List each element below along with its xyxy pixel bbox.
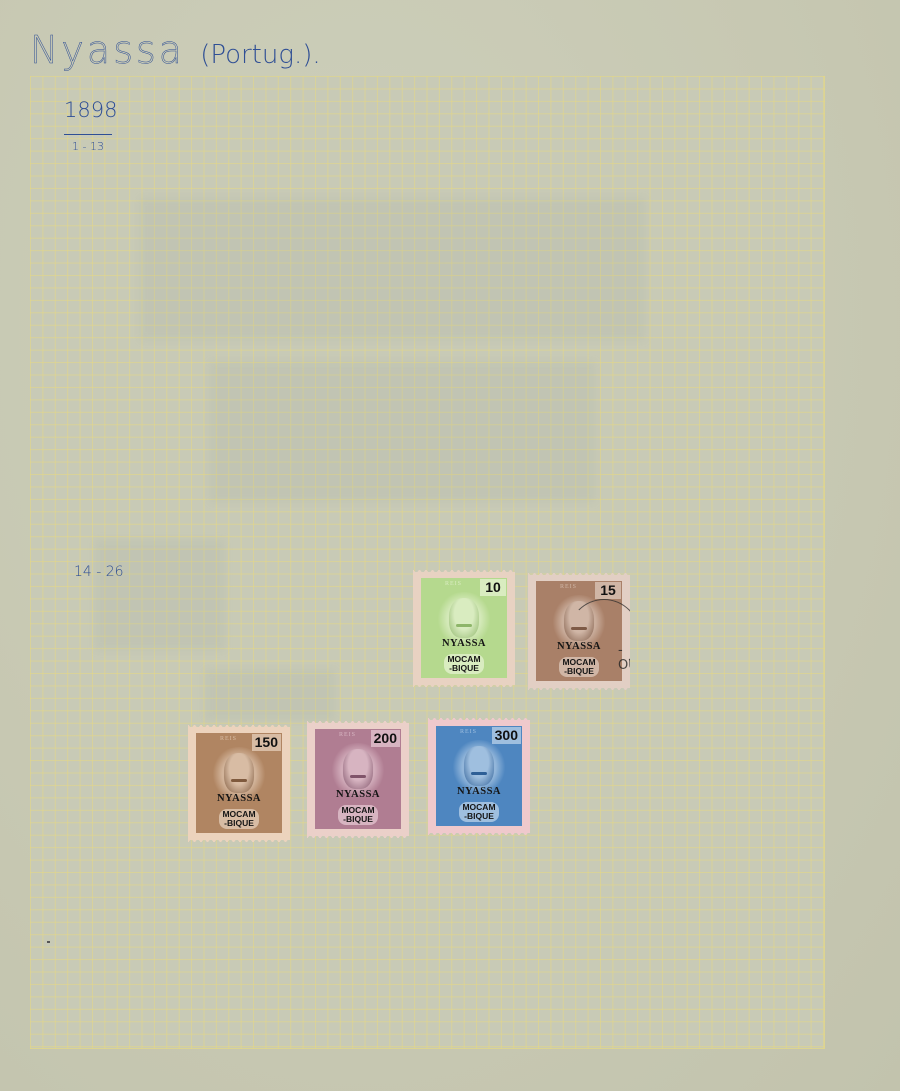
stamp-design: REIS 200 NYASSA MOCAM-BIQUE xyxy=(315,729,401,829)
king-portrait-icon xyxy=(464,746,494,786)
issue-year: 1898 xyxy=(64,98,117,122)
stamp-header: REIS xyxy=(339,732,356,738)
stamp-300: REIS 300 NYASSA MOCAM-BIQUE xyxy=(428,718,530,835)
page-title: Nyassa (Portug.). xyxy=(30,28,321,72)
ghost-impression xyxy=(205,670,335,720)
stamp-country: MOCAM-BIQUE xyxy=(219,809,259,829)
stamp-overprint: NYASSA xyxy=(315,789,401,800)
stamp-value: 15 xyxy=(595,582,621,599)
stamp-value: 300 xyxy=(492,727,521,744)
country-name: Nyassa xyxy=(30,28,185,72)
country-line-2: -BIQUE xyxy=(224,818,254,828)
stamp-overprint: NYASSA xyxy=(196,793,282,804)
stamp-value: 10 xyxy=(480,579,506,596)
stamp-header: REIS xyxy=(460,729,477,735)
stamp-header: REIS xyxy=(220,736,237,742)
stamp-value: 150 xyxy=(252,734,281,751)
ghost-impression xyxy=(140,198,645,340)
stamp-10: REIS 10 NYASSA MOCAM-BIQUE xyxy=(413,570,515,687)
country-line-2: -BIQUE xyxy=(464,811,494,821)
stamp-15: REIS 15 NYASSA MOCAM-BIQUE -OU xyxy=(528,573,630,690)
page-speck xyxy=(47,941,50,943)
stamp-country: MOCAM-BIQUE xyxy=(338,805,378,825)
stamp-header: REIS xyxy=(560,584,577,590)
stamp-header: REIS xyxy=(445,581,462,587)
stamp-country: MOCAM-BIQUE xyxy=(459,802,499,822)
king-portrait-icon xyxy=(343,749,373,789)
stamp-overprint: NYASSA xyxy=(421,638,507,649)
king-portrait-icon xyxy=(449,598,479,638)
ghost-impression xyxy=(210,362,595,502)
stamp-design: REIS 10 NYASSA MOCAM-BIQUE xyxy=(421,578,507,678)
stamp-200: REIS 200 NYASSA MOCAM-BIQUE xyxy=(307,721,409,838)
year-underline xyxy=(64,134,112,135)
country-note: (Portug.). xyxy=(200,40,320,70)
country-line-2: -BIQUE xyxy=(343,814,373,824)
stamp-country: MOCAM-BIQUE xyxy=(444,654,484,674)
stamp-overprint: NYASSA xyxy=(436,786,522,797)
stamp-150: REIS 150 NYASSA MOCAM-BIQUE xyxy=(188,725,290,842)
country-line-2: -BIQUE xyxy=(449,663,479,673)
catalog-range-first: 1 - 13 xyxy=(72,140,104,153)
catalog-range-second: 14 - 26 xyxy=(74,564,124,580)
stamp-design: REIS 150 NYASSA MOCAM-BIQUE xyxy=(196,733,282,833)
stamp-value: 200 xyxy=(371,730,400,747)
ghost-impression xyxy=(95,540,225,650)
stamp-design: REIS 300 NYASSA MOCAM-BIQUE xyxy=(436,726,522,826)
king-portrait-icon xyxy=(224,753,254,793)
